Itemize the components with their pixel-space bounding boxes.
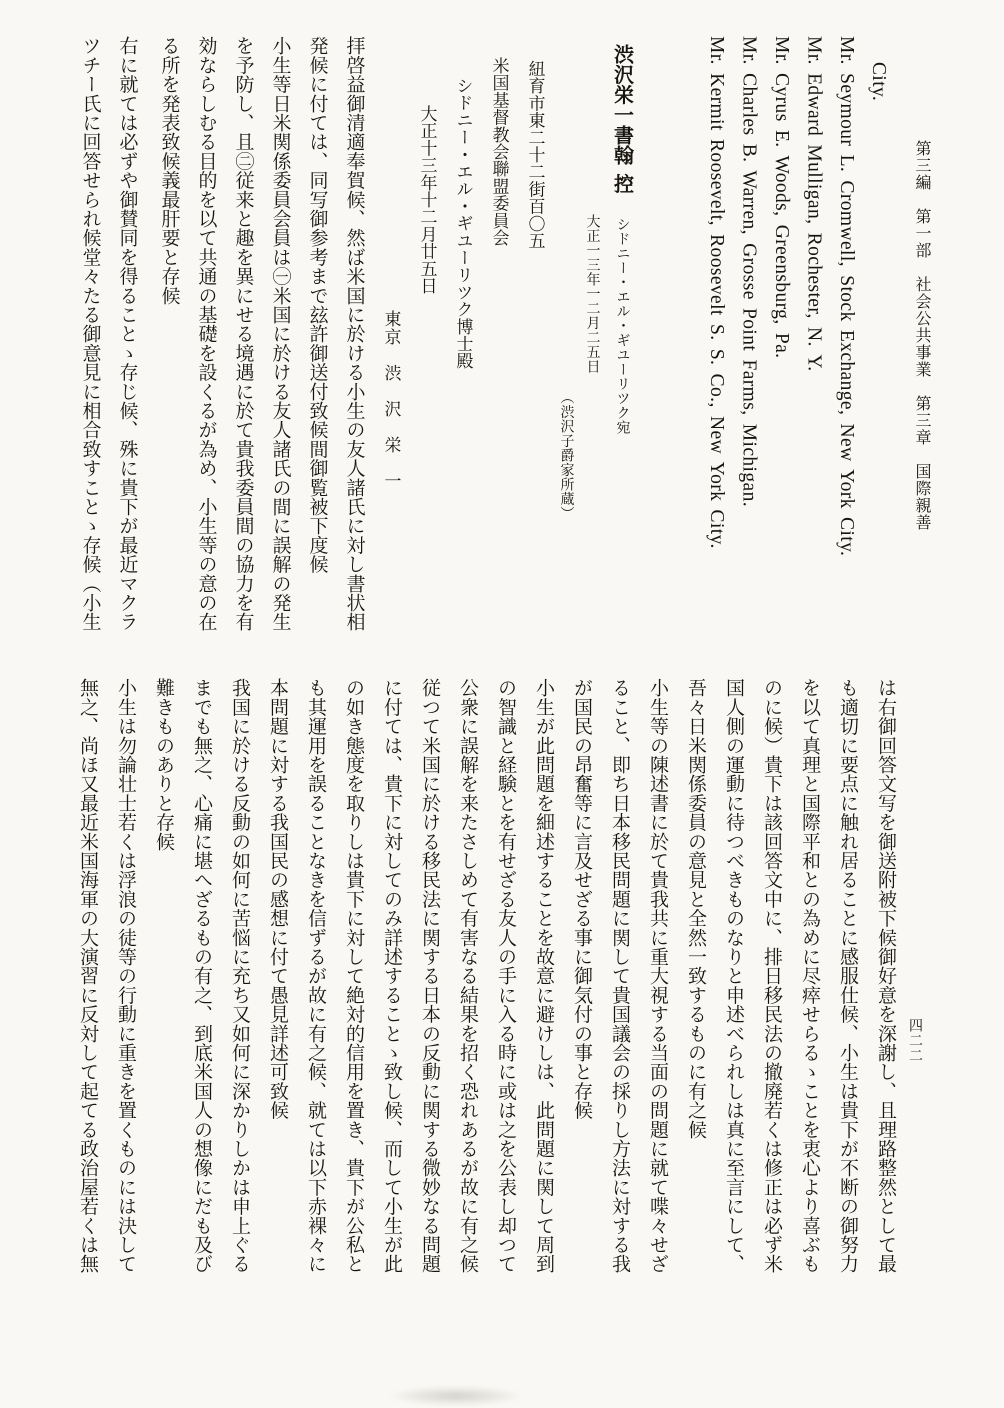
address-line: 米国基督教会聯盟委員会	[481, 36, 517, 654]
letter-body-line: 難きものありと存候	[144, 678, 182, 1306]
document-title-suffix: 控	[611, 173, 633, 193]
scan-artifact	[388, 1386, 524, 1406]
letter-body-line: が国民の昂奮等に言及せざる事に御気付の事と存候	[562, 678, 600, 1306]
page-number: 四二二	[903, 1018, 925, 1063]
letter-body-line: ツチー氏に回答せられ候堂々たる御意見に相合致すことゝ存候（小生	[72, 36, 109, 654]
letter-body-line: 小生等の陳述書に於て貴我共に重大視する当面の問題に就て喋々せざ	[638, 678, 676, 1306]
letter-body-line: 小生は勿論壮士若くは浮浪の徒等の行動に重きを置くものには決して	[106, 678, 144, 1306]
bottom-section: は右御回答文写を御送附被下候御好意を深謝し、且理路整然として最 も適切に要点に触…	[68, 678, 904, 1306]
letter-body-line: を予防し、且㊁従来と趣を異にせる境遇に於て貴我委員間の協力を有	[225, 36, 262, 654]
english-carryover-line: City.	[862, 36, 895, 654]
letter-body-line: 右に就ては必ずや御賛同を得ることゝ存じ候、殊に貴下が最近マクラ	[109, 36, 146, 654]
letter-body-line: の智識と経験とを有せざる友人の手に入る時に或は之を公表し却つて	[486, 678, 524, 1306]
letter-body-line: の如き態度を取りしは貴下に対して絶対的信用を置き、貴下が公私と	[334, 678, 372, 1306]
document-source-note: （渋沢子爵家所蔵）	[553, 36, 579, 654]
letter-body-line: 国人側の運動に待つべきものなりと申述べられしは真に至言にして、	[714, 678, 752, 1306]
letter-body-line: 小生が此問題を細述することを故意に避けしは、此問題に関して周到	[524, 678, 562, 1306]
letter-body-line: も其運用を誤ることなきを信ずるが故に有之候、就ては以下赤裸々に	[296, 678, 334, 1306]
letter-body-line: までも無之、心痛に堪へざるもの有之、到底米国人の想像にだも及び	[182, 678, 220, 1306]
letter-body-line: に付ては、貴下に対してのみ詳述することゝ致し候、而して小生が此	[372, 678, 410, 1306]
letter-body-line: 発候に付ては、同写御参考まで玆許御送付致候間御覧被下度候	[299, 36, 336, 654]
top-section: 第三編 第一部 社会公共事業 第三章 国際親善 City. Mr. Seymou…	[72, 36, 939, 654]
letter-body-line: 無之、尚ほ又最近米国海軍の大演習に反対して起てる政治屋若くは無	[68, 678, 106, 1306]
letter-body-line: る所を発表致候義最肝要と存候	[151, 36, 188, 654]
letter-body-line: 吾々日米関係委員の意見と全然一致するものに有之候	[676, 678, 714, 1306]
address-line: シドニー・エル・ギユーリツク博士殿	[445, 36, 481, 654]
letter-body-line: のに候）貴下は該回答文中に、排日移民法の撤廃若くは修正は必ず米	[752, 678, 790, 1306]
book-page: 第三編 第一部 社会公共事業 第三章 国際親善 City. Mr. Seymou…	[0, 0, 1004, 1408]
letter-body-line: 従つて米国に於ける移民法に関する日本の反動に関する微妙なる問題	[410, 678, 448, 1306]
address-line: 紐育市東二十二街百〇五	[517, 36, 553, 654]
english-recipient-line: Mr. Cyrus E. Woods, Greensburg, Pa.	[765, 36, 798, 654]
letter-body-line: 本問題に対する我国民の感想に付て愚見詳述可致候	[258, 678, 296, 1306]
english-recipient-line: Mr. Edward Mulligan, Rochester, N. Y.	[797, 36, 830, 654]
letter-body-line: 我国に於ける反動の如何に苦悩に充ち又如何に深かりしかは申上ぐる	[220, 678, 258, 1306]
letter-body-line: も適切に要点に触れ居ることに感服仕候、小生は貴下が不断の御努力	[828, 678, 866, 1306]
letter-body-line: を以て真理と国際平和との為めに尽瘁せらるゝことを衷心より喜ぶも	[790, 678, 828, 1306]
english-recipient-line: Mr. Charles B. Warren, Grosse Point Farm…	[732, 36, 765, 654]
english-recipient-line: Mr. Kermit Roosevelt, Roosevelt S. S. Co…	[700, 36, 733, 654]
document-title: 渋沢栄一書翰控シドニー・エル・ギユーリツク宛	[603, 36, 641, 654]
letter-signature: 東京 渋 沢 栄 一	[373, 36, 409, 654]
letter-body-line: ること、即ち日本移民問題に関して貴国議会の採りし方法に対する我	[600, 678, 638, 1306]
running-header: 第三編 第一部 社会公共事業 第三章 国際親善	[904, 36, 938, 654]
letter-body-line: 公衆に誤解を来たさしめて有害なる結果を招く恐れあるが故に有之候	[448, 678, 486, 1306]
letter-body-line: 効ならしむる目的を以て共通の基礎を設くるが為め、小生等の意の在	[188, 36, 225, 654]
document-title-date: 大正一三年一二月二五日	[581, 36, 603, 654]
letter-body-line: 小生等日米関係委員会員は㊀米国に於ける友人諸氏の間に誤解の発生	[262, 36, 299, 654]
letter-date-line: 大正十三年十二月廿五日	[409, 36, 445, 654]
letter-body-line: は右御回答文写を御送附被下候御好意を深謝し、且理路整然として最	[866, 678, 904, 1306]
document-title-addressee: シドニー・エル・ギユーリツク宛	[615, 217, 630, 435]
document-title-main: 渋沢栄一書翰	[611, 44, 633, 165]
letter-body-line: 拝啓益御清適奉賀候、然ば米国に於ける小生の友人諸氏に対し書状相	[336, 36, 373, 654]
english-recipient-line: Mr. Seymour L. Cromwell, Stock Exchange,…	[830, 36, 863, 654]
